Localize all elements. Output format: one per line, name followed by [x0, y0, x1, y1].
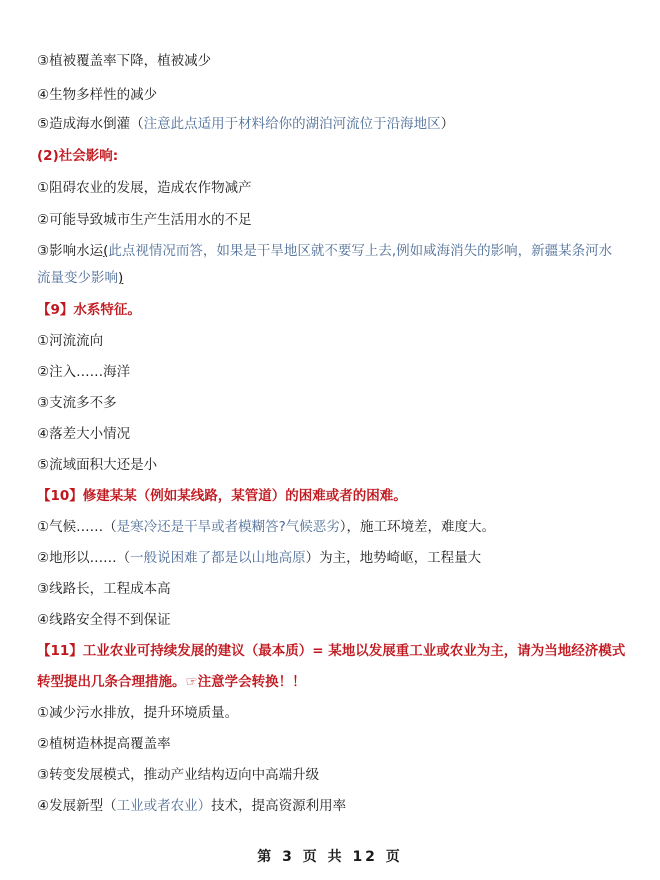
line-text: ①减少污水排放，提升环境质量。 — [37, 705, 238, 721]
line-text: ④线路安全得不到保证 — [37, 612, 171, 628]
heading-text: 【11】工业农业可持续发展的建议（最本质）= 某地以发展重工业或农业为主，请为当… — [37, 643, 625, 659]
line-text: ③转变发展模式，推动产业结构迈向中高端升级 — [37, 767, 319, 783]
line-text: ⑤造成海水倒灌（ — [37, 116, 144, 132]
note-text: 此点视情况而答，如果是干旱地区就不要写上去,例如咸海消失的影响，新疆某条河水 — [108, 243, 612, 259]
heading-text: 【10】修建某某（例如某线路，某管道）的困难或者的困难。 — [37, 488, 407, 504]
line-text: ③支流多不多 — [37, 395, 117, 411]
section-heading: 【9】水系特征。 — [37, 300, 141, 320]
text-line: ①减少污水排放，提升环境质量。 — [37, 703, 238, 723]
line-text: ②植树造林提高覆盖率 — [37, 736, 171, 752]
text-line: ①气候……（是寒冷还是干旱或者模糊答?气候恶劣），施工环境差，难度大。 — [37, 517, 495, 537]
line-text: ）为主，地势崎岖，工程量大 — [306, 550, 482, 566]
text-line: ②注入……海洋 — [37, 362, 130, 382]
text-line: ②可能导致城市生产生活用水的不足 — [37, 210, 252, 230]
text-line: ⑤流域面积大还是小 — [37, 455, 157, 475]
line-text: ⑤流域面积大还是小 — [37, 457, 157, 473]
text-line: 流量变少影响) — [37, 268, 123, 288]
heading-text: (2)社会影响: — [37, 148, 118, 164]
text-line: ①阻碍农业的发展，造成农作物减产 — [37, 178, 252, 198]
note-text: 一般说困难了都是以山地高原 — [130, 550, 306, 566]
line-text: ③影响水运 — [37, 243, 103, 259]
text-line: ⑤造成海水倒灌（注意此点适用于材料给你的湖泊河流位于沿海地区） — [37, 114, 454, 134]
section-heading: 转型提出几条合理措施。☞注意学会转换！！ — [37, 672, 306, 692]
text-line: ②植树造林提高覆盖率 — [37, 734, 171, 754]
line-text: ①气候……（ — [37, 519, 117, 535]
note-text: 工业或者农业） — [117, 798, 212, 814]
line-text: ②可能导致城市生产生活用水的不足 — [37, 212, 252, 228]
line-text: ③植被覆盖率下降，植被减少 — [37, 53, 211, 69]
document-page: ③植被覆盖率下降，植被减少 ④生物多样性的减少 ⑤造成海水倒灌（注意此点适用于材… — [0, 0, 660, 880]
page-number: 第 3 页 共 12 页 — [0, 846, 660, 866]
text-line: ④落差大小情况 — [37, 424, 130, 444]
text-line: ③植被覆盖率下降，植被减少 — [37, 51, 211, 71]
heading-text: 转型提出几条合理措施。☞注意学会转换！！ — [37, 674, 306, 690]
text-line: ③支流多不多 — [37, 393, 117, 413]
heading-text: 【9】水系特征。 — [37, 302, 141, 318]
section-heading: 【10】修建某某（例如某线路，某管道）的困难或者的困难。 — [37, 486, 407, 506]
line-text: ④落差大小情况 — [37, 426, 130, 442]
note-text: 是寒冷还是干旱或者模糊答?气候恶劣 — [117, 519, 340, 535]
line-text: ②注入……海洋 — [37, 364, 130, 380]
line-text: ) — [118, 270, 123, 286]
text-line: ③转变发展模式，推动产业结构迈向中高端升级 — [37, 765, 319, 785]
line-text: ①阻碍农业的发展，造成农作物减产 — [37, 180, 252, 196]
note-text: 注意此点适用于材料给你的湖泊河流位于沿海地区 — [144, 116, 441, 132]
text-line: ①河流流向 — [37, 331, 103, 351]
section-heading: (2)社会影响: — [37, 146, 118, 166]
line-text: ④发展新型（ — [37, 798, 117, 814]
line-text: ④生物多样性的减少 — [37, 87, 157, 103]
text-line: ②地形以……（一般说困难了都是以山地高原）为主，地势崎岖，工程量大 — [37, 548, 481, 568]
line-text: 技术，提高资源利用率 — [211, 798, 346, 814]
line-text: ②地形以……（ — [37, 550, 130, 566]
text-line: ③线路长，工程成本高 — [37, 579, 171, 599]
text-line: ③影响水运(此点视情况而答，如果是干旱地区就不要写上去,例如咸海消失的影响，新疆… — [37, 241, 612, 261]
text-line: ④发展新型（工业或者农业）技术，提高资源利用率 — [37, 796, 346, 816]
text-line: ④生物多样性的减少 — [37, 85, 157, 105]
text-line: ④线路安全得不到保证 — [37, 610, 171, 630]
note-text: 流量变少影响 — [37, 270, 118, 286]
line-text: ③线路长，工程成本高 — [37, 581, 171, 597]
line-text: ①河流流向 — [37, 333, 103, 349]
section-heading: 【11】工业农业可持续发展的建议（最本质）= 某地以发展重工业或农业为主，请为当… — [37, 641, 625, 661]
line-text: ） — [441, 116, 455, 132]
line-text: ），施工环境差，难度大。 — [340, 519, 495, 535]
